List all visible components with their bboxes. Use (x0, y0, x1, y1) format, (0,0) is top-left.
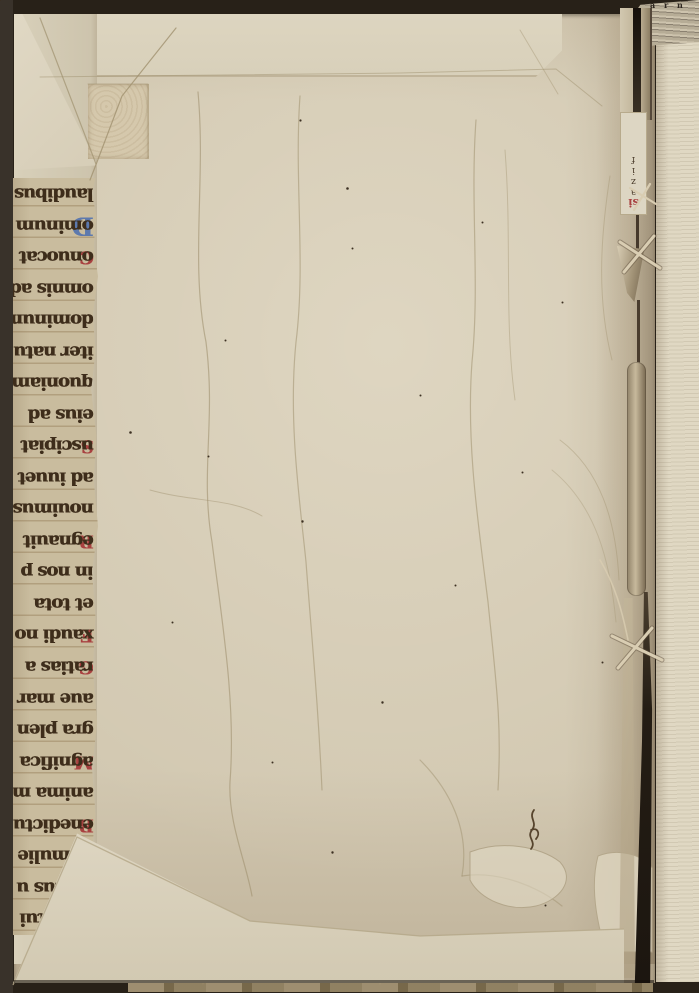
manuscript-line: et tota (13, 588, 98, 620)
line-text: et tota (35, 588, 94, 620)
manuscript-line: aue mar (13, 683, 98, 715)
manuscript-waste-strip: laudibusDominumConuocatomnis addominumit… (13, 178, 98, 935)
manuscript-line: Magnifica (13, 746, 98, 778)
line-text: eius ad (29, 399, 94, 431)
line-text: ominum (17, 210, 94, 242)
line-text: ad iuuet (19, 462, 94, 494)
manuscript-line: ad iuuet (13, 462, 98, 494)
line-text: nouimus (14, 493, 94, 525)
line-text: aue mar (18, 683, 94, 715)
line-text: anima m (13, 777, 94, 809)
bottom-edge-shadow (14, 980, 654, 983)
fragment-red-text: si (621, 197, 646, 208)
fragment-mark: a (621, 186, 646, 197)
line-text: dominum (13, 304, 94, 336)
manuscript-line: omnis ad (13, 273, 98, 305)
line-text: onuocat (20, 241, 94, 273)
manuscript-line: Regnauit (13, 525, 98, 557)
manuscript-text-lines: laudibusDominumConuocatomnis addominumit… (13, 178, 98, 935)
line-text: egnauit (24, 525, 94, 557)
manuscript-line: Gratias a (13, 651, 98, 683)
parchment-turnin-top (38, 14, 562, 77)
spine-text-fragment: si azif (620, 112, 647, 215)
line-text: ratias a (26, 651, 94, 683)
line-text: enedictu (14, 809, 94, 841)
manuscript-line: dominum (13, 304, 98, 336)
open-book-photo: laudibusDominumConuocatomnis addominumit… (0, 0, 699, 993)
manuscript-line: Benedictu (13, 809, 98, 841)
fragment-marks: azif (621, 153, 646, 197)
line-text: in nos p (22, 556, 94, 588)
manuscript-line: in nos p (13, 556, 98, 588)
spine-gap (637, 300, 640, 366)
line-text: quoniam (13, 367, 94, 399)
sewing-support-ridge (627, 362, 646, 596)
manuscript-line: laudibus (13, 178, 98, 210)
line-text: gra plen (18, 714, 94, 746)
line-text: agnifica (21, 746, 94, 778)
line-text: uscipiat (22, 430, 94, 462)
spine-gap (633, 8, 641, 122)
head-edge-marks: a r n (650, 0, 699, 10)
fragment-mark: f (621, 153, 646, 164)
board-edge-glint (128, 983, 653, 992)
line-text: xaudi no (16, 619, 94, 651)
exposed-board-patch (88, 84, 149, 159)
manuscript-line: Suscipiat (13, 430, 98, 462)
manuscript-line: eius ad (13, 399, 98, 431)
fragment-mark: i (621, 164, 646, 175)
line-text: laudibus (15, 178, 94, 210)
manuscript-line: Exaudi no (13, 619, 98, 651)
manuscript-line: Conuocat (13, 241, 98, 273)
facing-leaf (656, 6, 699, 982)
manuscript-line: quoniam (13, 367, 98, 399)
ink-specks (0, 0, 1, 1)
line-text: omnis ad (13, 273, 94, 305)
fragment-mark: z (621, 175, 646, 186)
manuscript-line: Dominum (13, 210, 98, 242)
manuscript-line: iter natu (13, 336, 98, 368)
manuscript-line: anima m (13, 777, 98, 809)
line-text: iter natu (14, 336, 94, 368)
pastedown-page (14, 14, 655, 983)
manuscript-line: nouimus (13, 493, 98, 525)
manuscript-line: gra plen (13, 714, 98, 746)
